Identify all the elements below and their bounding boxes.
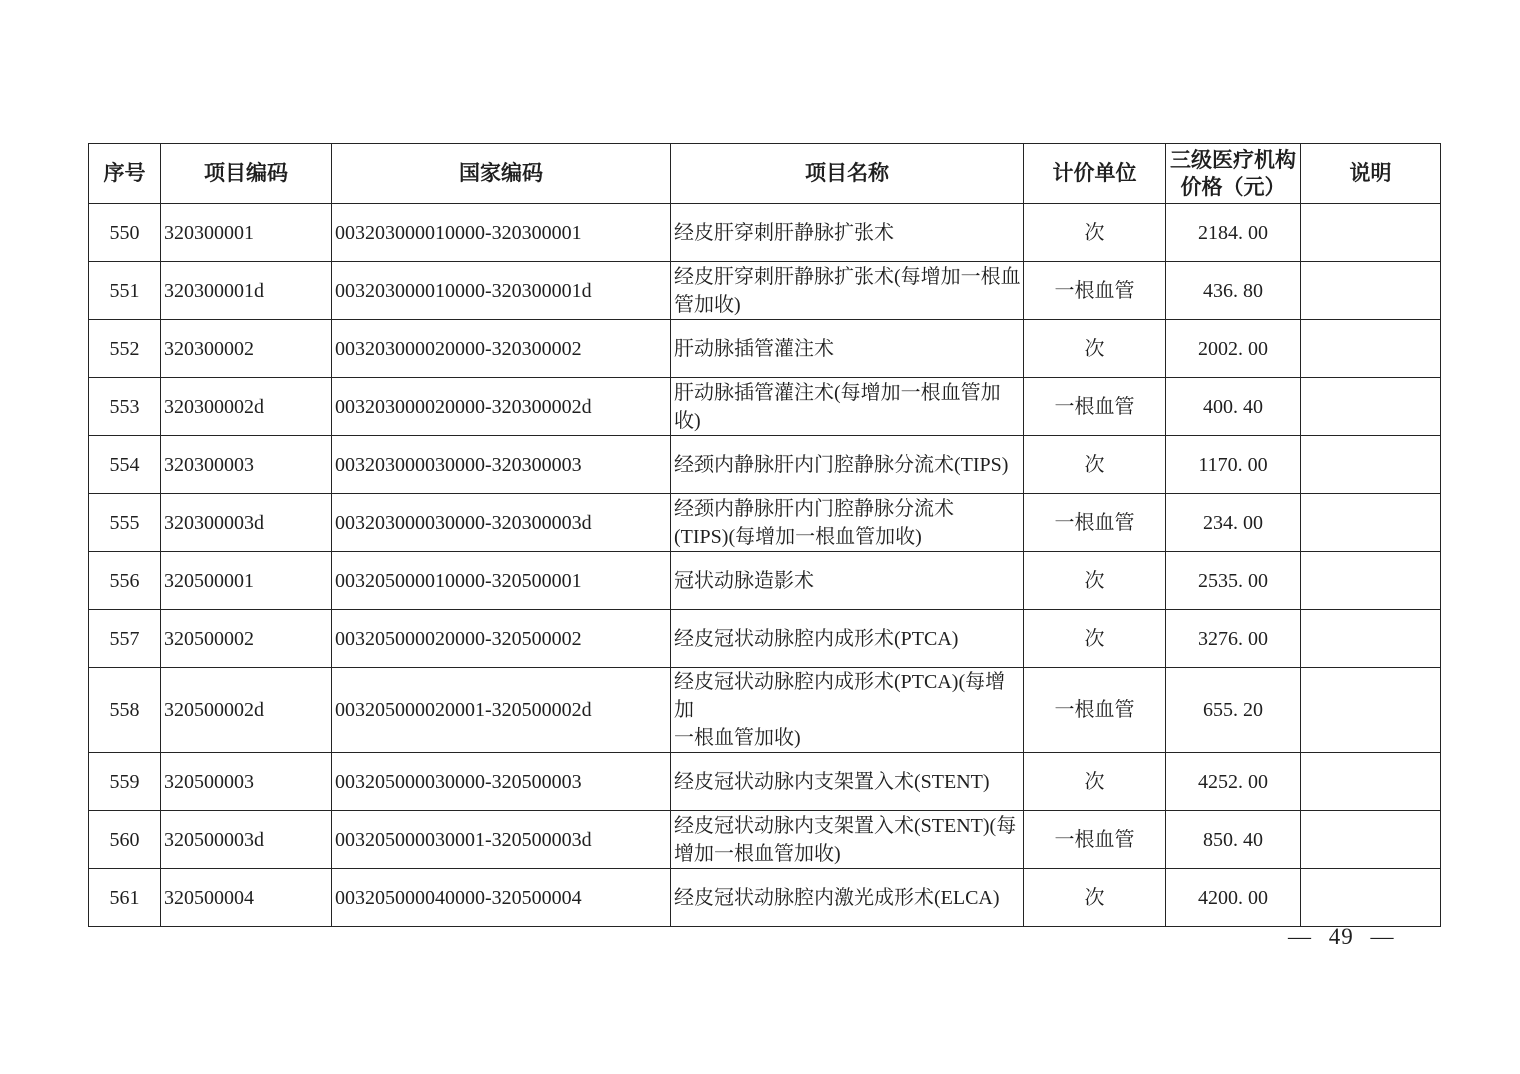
cell-item-code: 320500003d — [161, 811, 332, 869]
cell-item-name: 经皮肝穿刺肝静脉扩张术(每增加一根血 管加收) — [671, 262, 1024, 320]
cell-national-code: 003205000020000-320500002 — [332, 610, 671, 668]
header-item-code: 项目编码 — [161, 144, 332, 204]
table-row: 554320300003003203000030000-320300003经颈内… — [89, 436, 1441, 494]
document-page: 序号 项目编码 国家编码 项目名称 计价单位 三级医疗机构价格（元） 说明 55… — [0, 0, 1520, 1074]
cell-no: 559 — [89, 753, 161, 811]
table-row: 559320500003003205000030000-320500003经皮冠… — [89, 753, 1441, 811]
cell-no: 552 — [89, 320, 161, 378]
cell-price: 2535. 00 — [1166, 552, 1301, 610]
cell-item-code: 320300002 — [161, 320, 332, 378]
cell-no: 558 — [89, 668, 161, 753]
cell-unit: 次 — [1024, 320, 1166, 378]
cell-national-code: 003203000020000-320300002 — [332, 320, 671, 378]
cell-no: 553 — [89, 378, 161, 436]
cell-item-code: 320300003 — [161, 436, 332, 494]
header-no: 序号 — [89, 144, 161, 204]
cell-item-code: 320500004 — [161, 869, 332, 927]
cell-no: 550 — [89, 204, 161, 262]
cell-price: 400. 40 — [1166, 378, 1301, 436]
cell-item-name: 经皮肝穿刺肝静脉扩张术 — [671, 204, 1024, 262]
header-item-name: 项目名称 — [671, 144, 1024, 204]
cell-no: 556 — [89, 552, 161, 610]
cell-note — [1301, 552, 1441, 610]
cell-price: 1170. 00 — [1166, 436, 1301, 494]
cell-item-name: 经皮冠状动脉内支架置入术(STENT)(每 增加一根血管加收) — [671, 811, 1024, 869]
table-row: 551320300001d003203000010000-320300001d经… — [89, 262, 1441, 320]
table-row: 557320500002003205000020000-320500002经皮冠… — [89, 610, 1441, 668]
cell-item-code: 320300002d — [161, 378, 332, 436]
cell-no: 560 — [89, 811, 161, 869]
cell-national-code: 003203000030000-320300003d — [332, 494, 671, 552]
cell-price: 2184. 00 — [1166, 204, 1301, 262]
cell-item-name: 经皮冠状动脉腔内成形术(PTCA) — [671, 610, 1024, 668]
cell-item-name: 经皮冠状动脉腔内激光成形术(ELCA) — [671, 869, 1024, 927]
cell-item-code: 320500002 — [161, 610, 332, 668]
cell-item-name: 经颈内静脉肝内门腔静脉分流术(TIPS) — [671, 436, 1024, 494]
cell-item-code: 320300001 — [161, 204, 332, 262]
cell-price: 3276. 00 — [1166, 610, 1301, 668]
cell-price: 2002. 00 — [1166, 320, 1301, 378]
cell-item-name: 经皮冠状动脉内支架置入术(STENT) — [671, 753, 1024, 811]
cell-no: 555 — [89, 494, 161, 552]
cell-note — [1301, 753, 1441, 811]
cell-price: 850. 40 — [1166, 811, 1301, 869]
cell-item-code: 320500001 — [161, 552, 332, 610]
table-header-row: 序号 项目编码 国家编码 项目名称 计价单位 三级医疗机构价格（元） 说明 — [89, 144, 1441, 204]
cell-national-code: 003205000030000-320500003 — [332, 753, 671, 811]
cell-note — [1301, 668, 1441, 753]
cell-note — [1301, 869, 1441, 927]
cell-national-code: 003203000030000-320300003 — [332, 436, 671, 494]
price-table: 序号 项目编码 国家编码 项目名称 计价单位 三级医疗机构价格（元） 说明 55… — [88, 143, 1441, 927]
cell-unit: 次 — [1024, 436, 1166, 494]
table-row: 556320500001003205000010000-320500001冠状动… — [89, 552, 1441, 610]
cell-unit: 一根血管 — [1024, 668, 1166, 753]
cell-note — [1301, 204, 1441, 262]
cell-unit: 次 — [1024, 610, 1166, 668]
cell-item-code: 320500003 — [161, 753, 332, 811]
cell-note — [1301, 811, 1441, 869]
cell-national-code: 003203000010000-320300001d — [332, 262, 671, 320]
cell-national-code: 003205000020001-320500002d — [332, 668, 671, 753]
cell-national-code: 003203000020000-320300002d — [332, 378, 671, 436]
cell-national-code: 003205000010000-320500001 — [332, 552, 671, 610]
cell-unit: 一根血管 — [1024, 378, 1166, 436]
cell-item-name: 肝动脉插管灌注术(每增加一根血管加 收) — [671, 378, 1024, 436]
cell-national-code: 003203000010000-320300001 — [332, 204, 671, 262]
cell-note — [1301, 494, 1441, 552]
cell-item-code: 320300003d — [161, 494, 332, 552]
table-row: 550320300001003203000010000-320300001经皮肝… — [89, 204, 1441, 262]
table-row: 558320500002d003205000020001-320500002d经… — [89, 668, 1441, 753]
cell-note — [1301, 262, 1441, 320]
cell-item-code: 320300001d — [161, 262, 332, 320]
cell-no: 554 — [89, 436, 161, 494]
price-table-body: 550320300001003203000010000-320300001经皮肝… — [89, 204, 1441, 927]
cell-note — [1301, 610, 1441, 668]
cell-note — [1301, 320, 1441, 378]
header-note: 说明 — [1301, 144, 1441, 204]
table-row: 555320300003d003203000030000-320300003d经… — [89, 494, 1441, 552]
cell-no: 561 — [89, 869, 161, 927]
header-price: 三级医疗机构价格（元） — [1166, 144, 1301, 204]
cell-no: 551 — [89, 262, 161, 320]
header-unit: 计价单位 — [1024, 144, 1166, 204]
cell-no: 557 — [89, 610, 161, 668]
cell-unit: 一根血管 — [1024, 262, 1166, 320]
cell-price: 436. 80 — [1166, 262, 1301, 320]
cell-price: 4200. 00 — [1166, 869, 1301, 927]
header-national-code: 国家编码 — [332, 144, 671, 204]
cell-item-name: 冠状动脉造影术 — [671, 552, 1024, 610]
table-row: 553320300002d003203000020000-320300002d肝… — [89, 378, 1441, 436]
table-row: 560320500003d003205000030001-320500003d经… — [89, 811, 1441, 869]
cell-unit: 次 — [1024, 753, 1166, 811]
cell-unit: 次 — [1024, 204, 1166, 262]
cell-note — [1301, 436, 1441, 494]
cell-item-name: 肝动脉插管灌注术 — [671, 320, 1024, 378]
cell-price: 4252. 00 — [1166, 753, 1301, 811]
cell-unit: 次 — [1024, 869, 1166, 927]
cell-price: 655. 20 — [1166, 668, 1301, 753]
cell-item-code: 320500002d — [161, 668, 332, 753]
cell-note — [1301, 378, 1441, 436]
table-row: 561320500004003205000040000-320500004经皮冠… — [89, 869, 1441, 927]
cell-unit: 一根血管 — [1024, 811, 1166, 869]
table-row: 552320300002003203000020000-320300002肝动脉… — [89, 320, 1441, 378]
cell-unit: 次 — [1024, 552, 1166, 610]
cell-national-code: 003205000030001-320500003d — [332, 811, 671, 869]
cell-price: 234. 00 — [1166, 494, 1301, 552]
cell-item-name: 经皮冠状动脉腔内成形术(PTCA)(每增加 一根血管加收) — [671, 668, 1024, 753]
page-number: — 49 — — [1288, 924, 1395, 950]
cell-unit: 一根血管 — [1024, 494, 1166, 552]
cell-national-code: 003205000040000-320500004 — [332, 869, 671, 927]
cell-item-name: 经颈内静脉肝内门腔静脉分流术 (TIPS)(每增加一根血管加收) — [671, 494, 1024, 552]
